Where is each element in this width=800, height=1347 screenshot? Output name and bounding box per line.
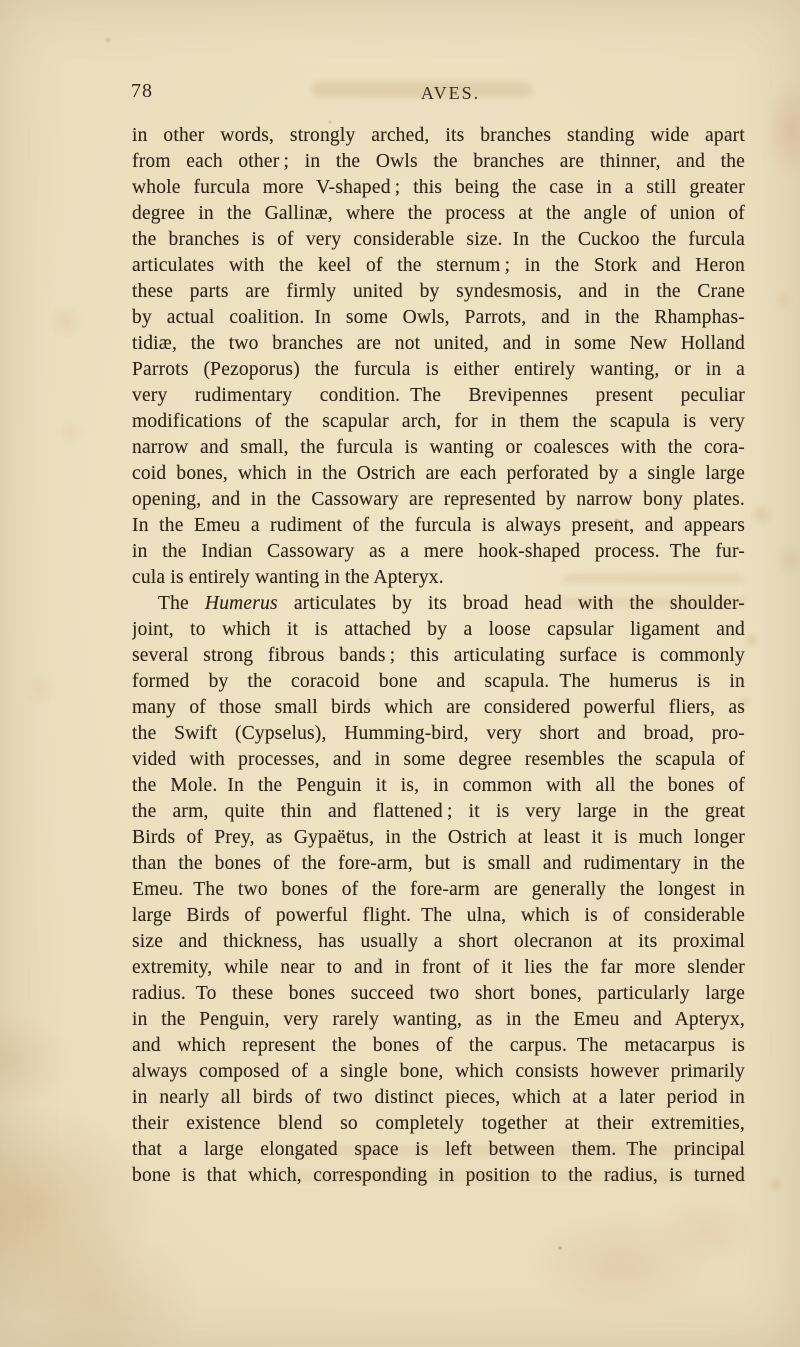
text-line: degree in the Gallinæ, where the process… [132,201,745,227]
text-line: the branches is of very considerable siz… [132,227,745,253]
running-head: AVES. [132,84,745,102]
text-line: joint, to which it is attached by a loos… [132,617,745,643]
text-line: formed by the coracoid bone and scapula.… [132,669,745,695]
text-line: In the Emeu a rudiment of the furcula is… [132,513,745,539]
text-line: the Swift (Cypselus), Humming-bird, very… [132,721,745,747]
text-line: in other words, strongly arched, its bra… [132,123,745,149]
text-line: radius. To these bones succeed two short… [132,981,745,1007]
text-line: articulates with the keel of the sternum… [132,253,745,279]
text-line: from each other ; in the Owls the branch… [132,149,745,175]
text-line: that a large elongated space is left bet… [132,1137,745,1163]
text-line: their existence blend so completely toge… [132,1111,745,1137]
text-line: Emeu. The two bones of the fore-arm are … [132,877,745,903]
text-line: always composed of a single bone, which … [132,1059,745,1085]
text-line: and which represent the bones of the car… [132,1033,745,1059]
latin-term: Humerus [205,593,278,614]
text-line: The Humerus articulates by its broad hea… [132,591,745,617]
text-line: the Mole. In the Penguin it is, in commo… [132,773,745,799]
text-line: size and thickness, has usually a short … [132,929,745,955]
text-line: coid bones, which in the Ostrich are eac… [132,461,745,487]
text-line: large Birds of powerful flight. The ulna… [132,903,745,929]
text-line: extremity, while near to and in front of… [132,955,745,981]
text-line: in the Indian Cassowary as a mere hook-s… [132,539,745,565]
text-line: Birds of Prey, as Gypaëtus, in the Ostri… [132,825,745,851]
text-line: very rudimentary condition. The Brevipen… [132,383,745,409]
text-line: whole furcula more V-shaped ; this being… [132,175,745,201]
text-line: the arm, quite thin and flattened ; it i… [132,799,745,825]
text-line: many of those small birds which are cons… [132,695,745,721]
text-run: articulates by its broad head with the s… [278,593,745,614]
text-line: cula is entirely wanting in the Apteryx. [132,565,745,591]
text-line: opening, and in the Cassowary are repres… [132,487,745,513]
text-line: tidiæ, the two branches are not united, … [132,331,745,357]
text-line: bone is that which, corresponding in pos… [132,1163,745,1189]
text-line: modifications of the scapular arch, for … [132,409,745,435]
text-line: than the bones of the fore-arm, but is s… [132,851,745,877]
text-line: by actual coalition. In some Owls, Parro… [132,305,745,331]
text-line: several strong fibrous bands ; this arti… [132,643,745,669]
text-block: in other words, strongly arched, its bra… [132,123,745,1189]
text-line: Parrots (Pezoporus) the furcula is eithe… [132,357,745,383]
text-line: vided with processes, and in some degree… [132,747,745,773]
text-run: The [158,593,205,614]
book-page: 78 AVES. in other words, strongly arched… [0,0,800,1347]
text-line: in the Penguin, very rarely wanting, as … [132,1007,745,1033]
text-line: in nearly all birds of two distinct piec… [132,1085,745,1111]
text-line: these parts are firmly united by syndesm… [132,279,745,305]
text-line: narrow and small, the furcula is wanting… [132,435,745,461]
